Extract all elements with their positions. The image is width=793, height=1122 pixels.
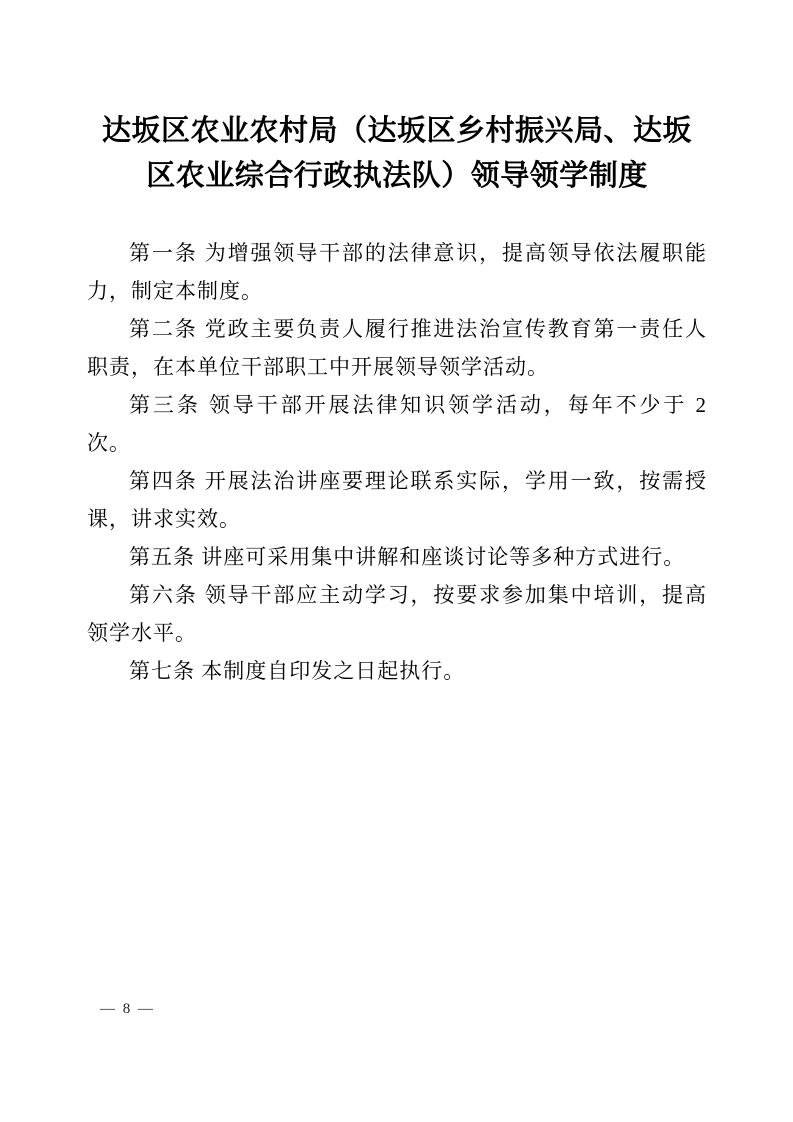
paragraph: 第六条 领导干部应主动学习，按要求参加集中培训，提高领学水平。	[87, 576, 707, 652]
page-number: — 8 —	[100, 1001, 155, 1018]
paragraph: 第三条 领导干部开展法律知识领学活动，每年不少于 2 次。	[87, 386, 707, 462]
paragraph: 第五条 讲座可采用集中讲解和座谈讨论等多种方式进行。	[87, 538, 707, 576]
document-page: 达坂区农业农村局（达坂区乡村振兴局、达坂区农业综合行政执法队）领导领学制度 第一…	[0, 0, 793, 1122]
title-line: 达坂区农业农村局（达坂区乡村振兴局、达坂	[87, 108, 707, 153]
document-content: 达坂区农业农村局（达坂区乡村振兴局、达坂区农业综合行政执法队）领导领学制度 第一…	[87, 0, 707, 690]
paragraph: 第四条 开展法治讲座要理论联系实际，学用一致，按需授课，讲求实效。	[87, 462, 707, 538]
title-line: 区农业综合行政执法队）领导领学制度	[87, 153, 707, 198]
paragraph: 第一条 为增强领导干部的法律意识，提高领导依法履职能力，制定本制度。	[87, 234, 707, 310]
document-title: 达坂区农业农村局（达坂区乡村振兴局、达坂区农业综合行政执法队）领导领学制度	[87, 0, 707, 198]
paragraph: 第七条 本制度自印发之日起执行。	[87, 652, 707, 690]
document-body: 第一条 为增强领导干部的法律意识，提高领导依法履职能力，制定本制度。第二条 党政…	[87, 234, 707, 690]
paragraph: 第二条 党政主要负责人履行推进法治宣传教育第一责任人职责，在本单位干部职工中开展…	[87, 310, 707, 386]
